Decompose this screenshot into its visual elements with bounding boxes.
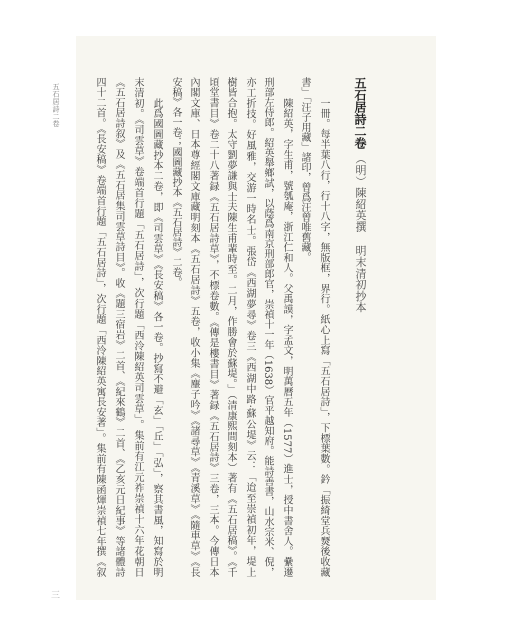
running-title: 五石居詩二卷 (51, 83, 61, 127)
biography-line: 安稿》各一卷；國圖藏抄本《五石居詩》二卷。 (166, 77, 184, 287)
notes-line: 末清初。《司雲草》卷端首行題「五石居詩」，次行題「西泠陳紹英司雲草」。集前有江元… (128, 77, 146, 577)
biography-line: 頃堂書目》卷二十八著録《五石居詩草》，不標卷數。《傳是樓書目》著録《五石居詩》三… (203, 77, 221, 577)
description-line: 一冊。每半葉八行，行十八字，無版框，界行。紙心上寫「五石居詩」，下標葉數。鈐「振… (314, 98, 332, 577)
biography-line: 亦工折技。好風雅，交游一時名士。張岱《西湖夢尋》卷三《西湖中路·蘇公堤》云：「迨… (240, 77, 258, 577)
description-line: 書」「汪子用藏」諸印，曾爲汪曾唯舊藏。 (295, 77, 313, 262)
notes-line: 《五石居詩叙》及《五石居集司雲草詩目》。收《題三宿岩》二首、《紀來鶴》二首、《乙… (109, 77, 127, 577)
entry-edition: 明末清初抄本 (351, 245, 369, 313)
biography-line: 內閣文庫、日本尊經閣文庫藏明刻本《五石居詩》五卷，收小集《麈子吟》《諸尋草》《青… (184, 77, 202, 577)
entry-author: （明）陳紹英撰 (351, 153, 369, 232)
notes-line: 此爲國圖藏抄本二卷，即《司雲草》《長安稿》各一卷。抄寫不避「玄」「丘」「弘」，察… (147, 98, 165, 577)
entry-title: 五石居詩二卷 (351, 77, 369, 149)
biography-line: 陳紹英，字生甫，號瓠庵，浙江仁和人。父禹謨，字孟文，明萬曆五年（1577）進士，… (277, 98, 295, 577)
biography-line: 樹皆合抱。太守劉夢謙與士夫陳生甫輩時至。二月，作勝會於蘇堤。」（清康熙間刻本）著… (221, 77, 239, 577)
page-number: 三 (51, 588, 60, 601)
notes-line: 四十二首。《長安稿》卷端首行題「五石居詩」，次行題「西泠陳紹英寓長安著」。集前有… (90, 77, 108, 577)
biography-line: 刑部左侍郎。紹英舉鄉試，以蔭爲南京刑部郎官，崇禎十一年（1638）官平越知府。能… (258, 77, 276, 577)
